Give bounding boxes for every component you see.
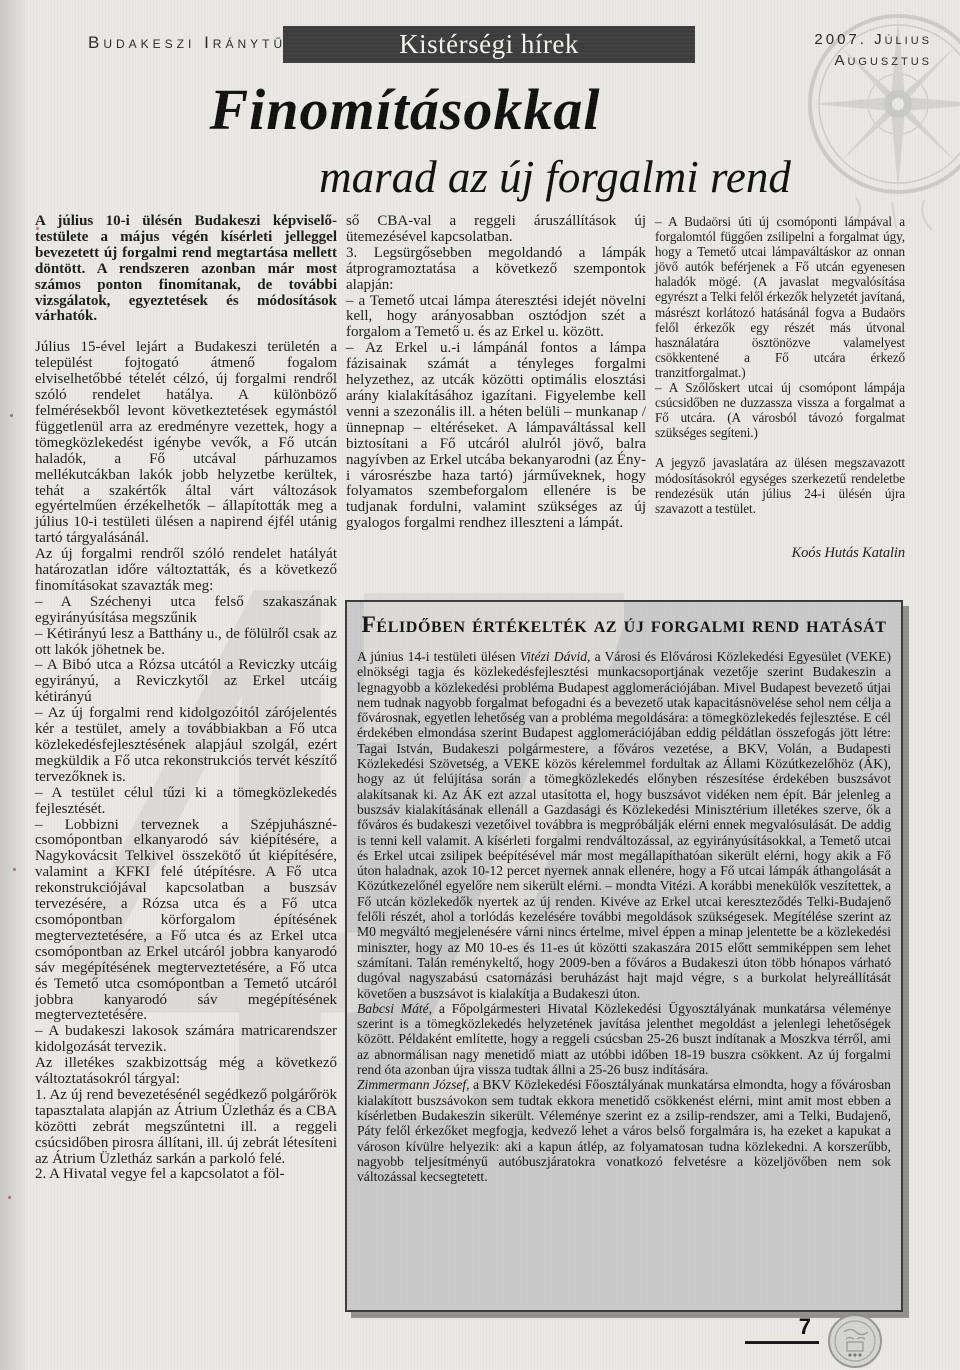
article-paragraph: Július 15-ével lejárt a Budakeszi terüle… bbox=[35, 340, 337, 547]
article-paragraph: 2. A Hivatal vegye fel a kapcsolatot a f… bbox=[35, 1167, 337, 1183]
page-number-rule: 7 bbox=[745, 1314, 819, 1344]
person-name: Zimmermann József, bbox=[357, 1077, 470, 1092]
article-byline: Koós Hutás Katalin bbox=[655, 546, 905, 561]
article-paragraph: ső CBA-val a reggeli áruszállítások új ü… bbox=[346, 214, 646, 246]
headline-title: Finomításokkal bbox=[55, 76, 755, 143]
column-2: ső CBA-val a reggeli áruszállítások új ü… bbox=[346, 214, 646, 532]
feature-box-heading: Félidőben értékelték az új forgalmi rend… bbox=[357, 612, 891, 639]
feature-box-paragraph: Zimmermann József, a BKV Közlekedési Főo… bbox=[357, 1077, 891, 1184]
article-paragraph: – a Temető utcai lámpa áteresztési idejé… bbox=[346, 294, 646, 342]
article-paragraph: – Kétirányú lesz a Batthány u., de fölül… bbox=[35, 627, 337, 659]
article-paragraph: – A Budaörsi úti új csomóponti lámpával … bbox=[655, 214, 905, 380]
article-paragraph: – A Szőlőskert utcai új csomópont lámpáj… bbox=[655, 380, 905, 440]
page-number: 7 bbox=[799, 1314, 819, 1340]
article-paragraph: – A Bibó utca a Rózsa utcától a Reviczky… bbox=[35, 658, 337, 706]
article-paragraph: Az új forgalmi rendről szóló rendelet ha… bbox=[35, 547, 337, 595]
article-paragraph: – A budakeszi lakosok számára matricaren… bbox=[35, 1024, 337, 1056]
paragraph-text: , a Főpolgármesteri Hivatal Közlekedési … bbox=[357, 1001, 891, 1077]
article-paragraph: 1. Az új rend bevezetésénél segédkező po… bbox=[35, 1088, 337, 1168]
newspaper-page: { "header": { "masthead": "Budakeszi Irá… bbox=[0, 0, 960, 1370]
article-lead: A július 10-i ülésén Budakeszi képviselő… bbox=[35, 214, 337, 325]
section-banner: Kistérségi hírek bbox=[283, 26, 695, 63]
issue-date: 2007. Július Augusztus bbox=[740, 29, 932, 71]
person-name: Babcsi Máté bbox=[357, 1001, 429, 1016]
paragraph-text: a BKV Közlekedési Főosztályának munkatár… bbox=[357, 1077, 891, 1184]
headline-subtitle: marad az új forgalmi rend bbox=[205, 151, 905, 203]
issue-date-line2: Augusztus bbox=[740, 50, 932, 71]
paragraph-text: A június 14-i testületi ülésen bbox=[357, 649, 520, 664]
feature-box-paragraph: Babcsi Máté, a Főpolgármesteri Hivatal K… bbox=[357, 1001, 891, 1077]
article-paragraph: – Az új forgalmi rend kidolgozóitól záró… bbox=[35, 706, 337, 786]
person-name: Vitézi Dávid bbox=[520, 649, 587, 664]
masthead-title: Budakeszi Iránytű bbox=[88, 33, 286, 53]
column-3: – A Budaörsi úti új csomóponti lámpával … bbox=[655, 214, 905, 561]
feature-box-paragraph: A június 14-i testületi ülésen Vitézi Dá… bbox=[357, 649, 891, 1001]
article-paragraph: A jegyző javaslatára az ülésen megszavaz… bbox=[655, 455, 905, 515]
article-paragraph: – A testület célul tűzi ki a tömegközlek… bbox=[35, 786, 337, 818]
issue-date-line1: 2007. Július bbox=[740, 29, 932, 50]
page-seal-icon bbox=[826, 1312, 884, 1370]
article-paragraph: 3. Legsürgősebben megoldandó a lámpák át… bbox=[346, 246, 646, 294]
feature-box: Félidőben értékelték az új forgalmi rend… bbox=[357, 608, 891, 1184]
page-edge-shading bbox=[0, 0, 30, 1370]
paragraph-text: , a Városi és Elővárosi Közlekedési Egye… bbox=[357, 649, 891, 1001]
article-paragraph: – Az Erkel u.-i lámpánál fontos a lámpa … bbox=[346, 341, 646, 532]
column-1: A július 10-i ülésén Budakeszi képviselő… bbox=[35, 214, 337, 1183]
article-paragraph: – Lobbizni terveznek a Szépjuhászné-csom… bbox=[35, 818, 337, 1025]
article-paragraph: Az illetékes szakbizottság még a követke… bbox=[35, 1056, 337, 1088]
article-paragraph: – A Széchenyi utca felső szakaszának egy… bbox=[35, 595, 337, 627]
